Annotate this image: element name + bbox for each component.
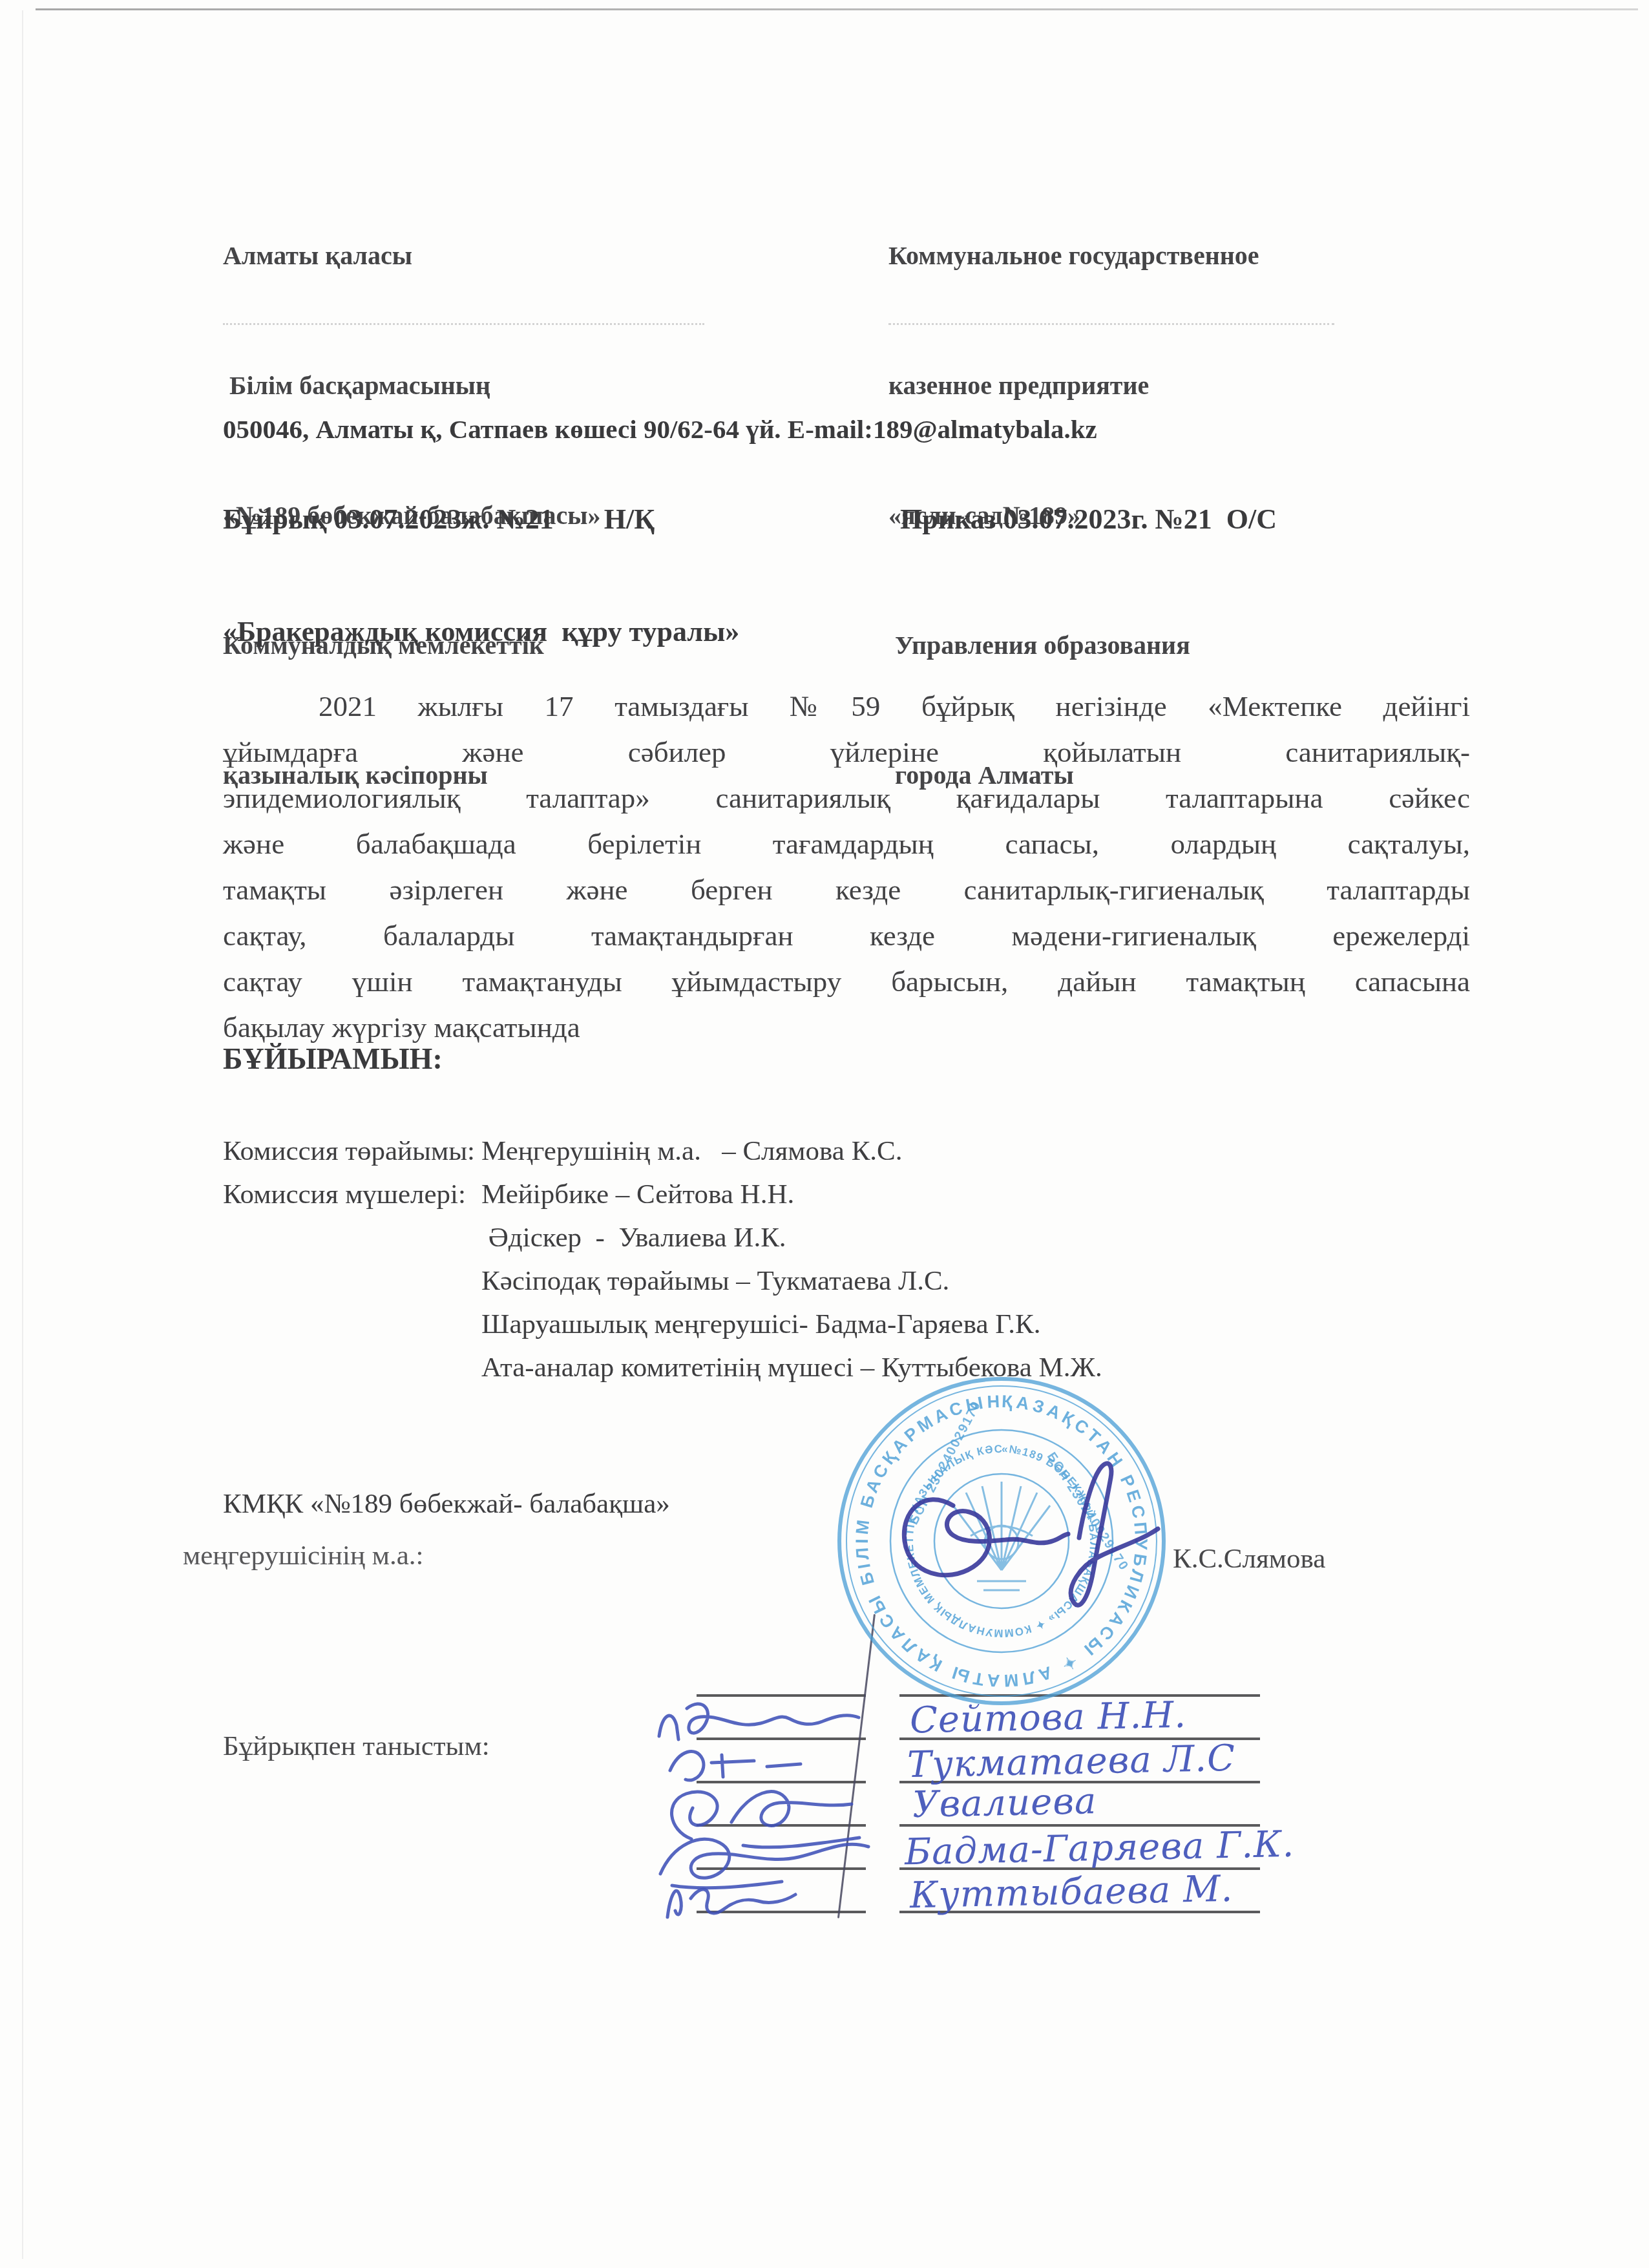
acknowledgement-label: Бұйрықпен таныстым:: [223, 1730, 490, 1762]
commission-role-label: [223, 1303, 481, 1346]
handwritten-name: Увалиева: [912, 1780, 1097, 1826]
commission-member: Кәсіподақ төрайымы – Тукматаева Л.С.: [481, 1259, 1502, 1303]
order-ru: Приказ 03.07.2023г. №21 О/С: [900, 503, 1277, 536]
handwritten-name: Бадма-Гаряева Г.К.: [904, 1823, 1294, 1874]
commission-row: Әдіскер - Увалиева И.К.: [223, 1216, 1502, 1259]
body-line: және балабақшада берілетін тағамдардың с…: [223, 821, 1470, 867]
handwritten-name: Тукматаева Л.С: [907, 1738, 1235, 1787]
commission-member: Шаруашылық меңгерушісі- Бадма-Гаряева Г.…: [481, 1303, 1502, 1346]
handwritten-name: Куттыбаева М.: [909, 1868, 1234, 1916]
order-kk: Бұйрық 03.07.2023ж. №21: [223, 503, 554, 536]
letterhead-ru-line: Коммунальное государственное: [888, 234, 1444, 277]
commission-role-label: [223, 1346, 481, 1389]
body-line: сақтау, балаларды тамақтандырған кезде м…: [223, 913, 1470, 959]
commission-role-label: Комиссия төрайымы:: [223, 1129, 481, 1173]
body-line: эпидемиологиялық талаптар» санитариялық …: [223, 775, 1470, 821]
commission-member: Меңгерушінің м.а. – Слямова К.С.: [481, 1129, 1502, 1173]
commission-row: Комиссия мүшелері: Мейірбике – Сейтова Н…: [223, 1173, 1502, 1216]
scan-ghost-underline: [888, 323, 1334, 325]
commission-member: Мейірбике – Сейтова Н.Н.: [481, 1173, 1502, 1216]
decree-word: БҰЙЫРАМЫН:: [223, 1042, 443, 1076]
handwritten-signature: [649, 1862, 876, 1933]
director-signature: [885, 1444, 1170, 1638]
order-number-line: Бұйрық 03.07.2023ж. №21 Н/Қ Приказ 03.07…: [223, 503, 1360, 536]
body-line: сақтау үшін тамақтануды ұйымдастыру бары…: [223, 959, 1470, 1005]
director-name: К.С.Слямова: [1173, 1543, 1325, 1575]
body-line: тамақты әзірлеген және берген кезде сани…: [223, 867, 1470, 913]
letterhead-ru-line: Управления образования: [888, 624, 1444, 667]
commission-role-label: [223, 1259, 481, 1303]
letterhead-kk-line: Білім басқармасының: [223, 364, 888, 407]
commission-list: Комиссия төрайымы: Меңгерушінің м.а. – С…: [223, 1129, 1502, 1389]
letterhead-kk-line: Алматы қаласы: [223, 234, 888, 277]
approval-org-line: КМҚК «№189 бөбекжай- балабақша»: [223, 1488, 670, 1520]
address-line: 050046, Алматы қ, Сатпаев көшесі 90/62-6…: [223, 414, 1097, 445]
commission-member: Әдіскер - Увалиева И.К.: [481, 1216, 1502, 1259]
commission-role-label: [223, 1216, 481, 1259]
letterhead-ru-line: казенное предприятие: [888, 364, 1444, 407]
scan-edge-line-left: [22, 10, 23, 2259]
scan-edge-line-top: [36, 8, 1638, 10]
commission-row: Комиссия төрайымы: Меңгерушінің м.а. – С…: [223, 1129, 1502, 1173]
order-title: «Бракераждық комиссия құру туралы»: [223, 615, 739, 648]
commission-row: Кәсіподақ төрайымы – Тукматаева Л.С.: [223, 1259, 1502, 1303]
commission-role-label: Комиссия мүшелері:: [223, 1173, 481, 1216]
order-kk-code: Н/Қ: [604, 503, 655, 536]
body-line: 2021 жылғы 17 тамыздағы №59 бұйрық негіз…: [223, 684, 1470, 730]
commission-row: Шаруашылық меңгерушісі- Бадма-Гаряева Г.…: [223, 1303, 1502, 1346]
order-body-paragraph: 2021 жылғы 17 тамыздағы №59 бұйрық негіз…: [223, 684, 1470, 1051]
scanned-order-document: Алматы қаласы Білім басқармасының «№189 …: [0, 0, 1649, 2268]
body-line: ұйымдарға және сәбилер үйлеріне қойылаты…: [223, 730, 1470, 775]
approval-role-line: меңгерушісінің м.а.:: [183, 1540, 423, 1571]
scan-ghost-underline: [223, 323, 704, 325]
